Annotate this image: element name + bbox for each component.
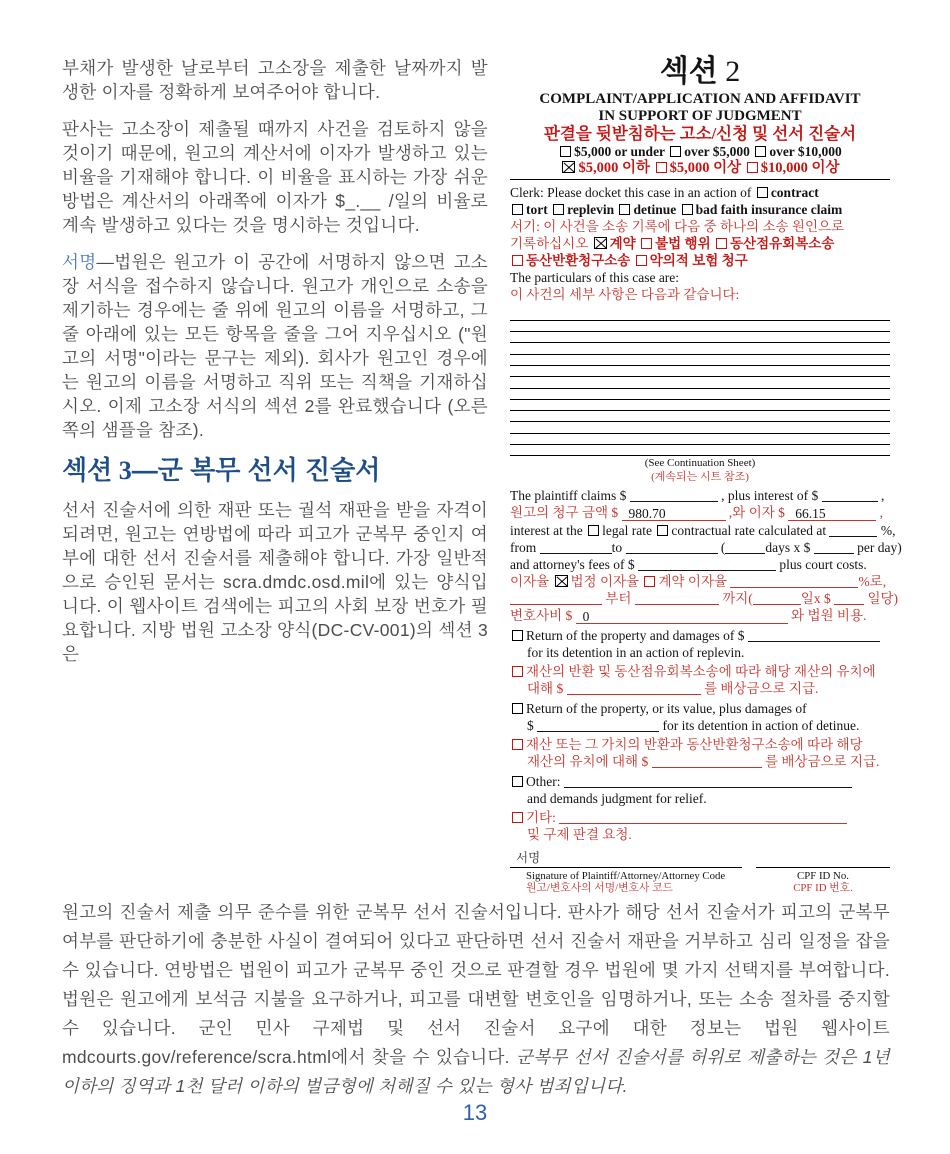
- attorney-fees-line-korean: 변호사비 $ 0 와 법원 비용.: [510, 608, 890, 624]
- paragraph-signature-body: 법원은 원고가 이 공간에 서명하지 않으면 고소장 서식을 접수하지 않습니다…: [62, 252, 488, 440]
- form-title-line2: IN SUPPORT OF JUDGMENT: [510, 108, 890, 125]
- action-option-label: tort: [526, 202, 548, 217]
- clerk-korean-line3: 동산반환청구소송 악의적 보험 청구: [510, 253, 890, 269]
- checkbox-over-5000[interactable]: [670, 146, 681, 157]
- from-date-blank-ko[interactable]: [510, 593, 602, 605]
- claim-amount-blank-ko[interactable]: 980.70: [622, 509, 726, 521]
- rate-percent-blank[interactable]: [829, 525, 877, 537]
- replevin-damages-blank[interactable]: [748, 630, 880, 642]
- signature-term: 서명: [62, 252, 96, 272]
- option-text: and demands judgment for relief.: [510, 791, 890, 807]
- section-3-heading: 섹션 3—군 복무 선서 진술서: [62, 455, 488, 486]
- checkbox-bad-faith[interactable]: [682, 204, 693, 215]
- to-label: 까지(: [722, 591, 753, 606]
- amount-options-english: $5,000 or under over $5,000 over $10,000: [510, 144, 890, 160]
- detinue-option-english: Return of the property, or its value, pl…: [510, 701, 890, 734]
- option-text: Return of the property, or its value, pl…: [526, 701, 807, 716]
- ruled-line[interactable]: [510, 343, 890, 354]
- left-text-column: 부채가 발생한 날로부터 고소장을 제출한 날짜까지 발생한 이자를 정확하게 …: [62, 56, 488, 679]
- per-day-label: per day): [857, 540, 902, 555]
- checkbox-bad-faith-ko[interactable]: [636, 255, 647, 266]
- clerk-korean-line2: 기록하십시오 계약 불법 행위 동산점유회복소송: [510, 236, 890, 252]
- checkbox-legal-rate[interactable]: [588, 525, 599, 536]
- checkbox-return-detinue[interactable]: [512, 703, 523, 714]
- ruled-line[interactable]: [510, 332, 890, 343]
- action-option-label: 계약: [610, 236, 636, 251]
- clerk-options-line: tort replevin detinue bad faith insuranc…: [510, 202, 890, 218]
- option-text: 재산 또는 그 가치의 반환과 동산반환청구소송에 따라 해당: [526, 737, 863, 752]
- cpf-label-korean: CPF ID 번호.: [756, 882, 890, 894]
- amount-options-korean: $5,000 이하 $5,000 이상 $10,000 이상: [510, 161, 890, 177]
- cpf-label-english: CPF ID No.: [756, 870, 890, 882]
- section-3-word: 섹션: [62, 455, 112, 485]
- rate-percent-blank-ko[interactable]: [730, 576, 858, 588]
- option-text: 재산의 유치에 대해 $: [527, 754, 648, 769]
- checkbox-contract-ko-checked[interactable]: [594, 237, 607, 249]
- claim-text: ,: [881, 488, 884, 503]
- amount-option-label: $5,000 이상: [670, 160, 742, 176]
- per-day-amount-blank[interactable]: [814, 542, 854, 554]
- paragraph-military-affidavit: 선서 진술서에 의한 재판 또는 궐석 재판을 받을 자격이 되려면, 원고는 …: [62, 498, 488, 666]
- ruled-line[interactable]: [510, 445, 890, 456]
- replevin-damages-blank-ko[interactable]: [567, 683, 701, 695]
- days-blank-ko[interactable]: [753, 593, 801, 605]
- interest-text: 이자율: [510, 574, 549, 589]
- ruled-line[interactable]: [510, 434, 890, 445]
- continuation-note-english: (See Continuation Sheet): [510, 457, 890, 470]
- to-date-blank-ko[interactable]: [635, 593, 719, 605]
- claim-text: ,: [880, 505, 883, 520]
- option-text: $: [527, 718, 534, 733]
- paragraph-interest-rate: 판사는 고소장이 제출될 때까지 사건을 검토하지 않을 것이기 때문에, 원고…: [62, 117, 488, 237]
- option-text: 대해 $: [527, 681, 563, 696]
- from-label: 부터: [605, 591, 631, 606]
- amount-option-label: over $5,000: [684, 144, 750, 159]
- form-section-number: 2: [718, 55, 741, 88]
- claim-line-english: The plaintiff claims $ , plus interest o…: [510, 488, 890, 504]
- amount-option-label: $10,000 이상: [761, 160, 840, 176]
- other-option-korean: 기타: 및 구제 판결 요청.: [510, 810, 890, 843]
- replevin-option-korean: 재산의 반환 및 동산점유회복소송에 따라 해당 재산의 유치에 대해 $ 를 …: [510, 664, 890, 697]
- checkbox-other-ko[interactable]: [512, 812, 523, 823]
- checkbox-detinue[interactable]: [619, 204, 630, 215]
- ruled-line[interactable]: [510, 321, 890, 332]
- checkbox-return-replevin[interactable]: [512, 630, 523, 641]
- days-label: 일x $: [801, 591, 831, 606]
- interest-text: %,: [881, 523, 896, 538]
- paragraph-military-continuation: 원고의 진술서 제출 의무 준수를 위한 군복무 선서 진술서입니다. 판사가 …: [62, 898, 890, 1101]
- interest-text: %로,: [858, 574, 886, 589]
- detinue-damages-blank-ko[interactable]: [652, 756, 762, 768]
- continuation-normal-text: 원고의 진술서 제출 의무 준수를 위한 군복무 선서 진술서입니다. 판사가 …: [62, 902, 890, 1067]
- signature-label-korean: 원고/변호사의 서명/변호사 코드: [526, 882, 742, 894]
- amount-option-label: over $10,000: [769, 144, 842, 159]
- option-text: 재산의 반환 및 동산점유회복소송에 따라 해당 재산의 유치에: [526, 664, 876, 679]
- checkbox-tort[interactable]: [512, 204, 523, 215]
- paragraph-interest-show: 부채가 발생한 날로부터 고소장을 제출한 날짜까지 발생한 이자를 정확하게 …: [62, 56, 488, 104]
- checkbox-return-detinue-ko[interactable]: [512, 739, 523, 750]
- action-option-label: 악의적 보험 청구: [650, 253, 748, 268]
- interest-text: interest at the: [510, 523, 583, 538]
- checkbox-5000-under-ko-checked[interactable]: [562, 161, 575, 173]
- checkbox-over-10000[interactable]: [755, 146, 766, 157]
- section-3-number: 3: [112, 456, 132, 485]
- ruled-line[interactable]: [510, 366, 890, 377]
- attorney-text: and attorney's fees of $: [510, 557, 635, 572]
- signature-sample-text: 서명: [510, 851, 890, 867]
- ruled-line[interactable]: [510, 400, 890, 411]
- dash: —: [96, 252, 114, 272]
- days-label: days x $: [765, 540, 810, 555]
- option-text: 기타:: [526, 810, 556, 825]
- checkbox-tort-ko[interactable]: [641, 238, 652, 249]
- attorney-text: 변호사비 $: [510, 608, 572, 623]
- claim-amount-blank[interactable]: [630, 490, 718, 502]
- paragraph-signature: 서명—법원은 원고가 이 공간에 서명하지 않으면 고소장 서식을 접수하지 않…: [62, 250, 488, 442]
- interest-rate-line: interest at the legal rate contractual r…: [510, 523, 890, 539]
- attorney-fees-blank-ko[interactable]: 0: [576, 612, 788, 624]
- amount-option-label: $5,000 or under: [574, 144, 665, 159]
- ruled-line[interactable]: [510, 377, 890, 388]
- ruled-line[interactable]: [510, 389, 890, 400]
- checkbox-over-5000-ko[interactable]: [656, 162, 667, 173]
- signature-line-column[interactable]: Signature of Plaintiff/Attorney/Attorney…: [510, 867, 742, 894]
- interest-text: 법정 이자율: [571, 574, 640, 589]
- checkbox-over-10000-ko[interactable]: [747, 162, 758, 173]
- attorney-fees-line: and attorney's fees of $ plus court cost…: [510, 557, 890, 573]
- action-option-label: 동산점유회복소송: [730, 236, 834, 251]
- from-date-blank[interactable]: [540, 542, 612, 554]
- interest-rate-line-korean: 이자율 법정 이자율 계약 이자율 %로,: [510, 574, 890, 590]
- particulars-korean: 이 사건의 세부 사항은 다음과 같습니다:: [510, 287, 890, 303]
- clerk-intro-korean: 기록하십시오: [510, 236, 588, 251]
- option-text: for its detention in an action of replev…: [510, 645, 890, 661]
- action-option-label: detinue: [633, 202, 676, 217]
- checkbox-5000-under[interactable]: [560, 146, 571, 157]
- ruled-line[interactable]: [510, 310, 890, 321]
- document-page: 부채가 발생한 날로부터 고소장을 제출한 날짜까지 발생한 이자를 정확하게 …: [0, 0, 950, 1154]
- interest-amount-value: 66.15: [788, 506, 825, 521]
- claim-line-korean: 원고의 청구 금액 $ 980.70 ,와 이자 $ 66.15 ,: [510, 505, 890, 521]
- option-text: Return of the property and damages of $: [526, 628, 745, 643]
- action-option-label: replevin: [567, 202, 614, 217]
- checkbox-other[interactable]: [512, 776, 523, 787]
- section-3-title: 군 복무 선서 진술서: [158, 455, 381, 485]
- to-label: to: [612, 540, 623, 555]
- checkbox-contract[interactable]: [757, 187, 768, 198]
- form-title-korean: 판결을 뒷받침하는 고소/신청 및 선서 진술서: [510, 124, 890, 143]
- claim-text: The plaintiff claims $: [510, 488, 626, 503]
- from-label: from: [510, 540, 536, 555]
- continuation-note-korean: (계속되는 시트 참조): [510, 471, 890, 484]
- action-option-label: 불법 행위: [655, 236, 711, 251]
- cpf-line-column[interactable]: CPF ID No. CPF ID 번호.: [756, 867, 890, 894]
- attorney-text: plus court costs.: [779, 557, 866, 572]
- option-text: 를 배상금으로 지급.: [765, 754, 879, 769]
- claim-text: , plus interest of $: [721, 488, 818, 503]
- detinue-damages-blank[interactable]: [537, 720, 659, 732]
- claim-text: ,와 이자 $: [729, 505, 785, 520]
- attorney-fees-blank[interactable]: [638, 559, 776, 571]
- particulars-english: The particulars of this case are:: [510, 270, 890, 286]
- option-text: 및 구제 판결 요청.: [510, 827, 890, 843]
- dash: —: [132, 455, 158, 485]
- days-blank[interactable]: [725, 542, 765, 554]
- other-blank[interactable]: [564, 776, 852, 788]
- checkbox-contractual-rate[interactable]: [657, 525, 668, 536]
- option-text: for its detention in action of detinue.: [663, 718, 860, 733]
- interest-text: legal rate: [602, 523, 652, 538]
- option-text: Other:: [526, 774, 561, 789]
- checkbox-replevin[interactable]: [553, 204, 564, 215]
- clerk-intro: Clerk: Please docket this case in an act…: [510, 185, 751, 200]
- per-day-label: 일당): [867, 591, 898, 606]
- checkbox-legal-rate-ko-checked[interactable]: [555, 575, 568, 587]
- claim-amount-value: 980.70: [622, 506, 666, 521]
- checkbox-replevin-ko[interactable]: [716, 238, 727, 249]
- interest-text: 계약 이자율: [658, 574, 727, 589]
- detinue-option-korean: 재산 또는 그 가치의 반환과 동산반환청구소송에 따라 해당 재산의 유치에 …: [510, 737, 890, 770]
- checkbox-contractual-rate-ko[interactable]: [644, 576, 655, 587]
- ruled-line[interactable]: [510, 355, 890, 366]
- page-number: 13: [0, 1100, 950, 1126]
- per-day-amount-blank-ko[interactable]: [834, 593, 864, 605]
- action-option-label: bad faith insurance claim: [696, 202, 843, 217]
- clerk-docket-line: Clerk: Please docket this case in an act…: [510, 185, 890, 201]
- form-section-title: 섹션 2: [510, 56, 890, 88]
- other-blank-ko[interactable]: [559, 812, 847, 824]
- checkbox-detinue-ko[interactable]: [512, 255, 523, 266]
- to-date-blank[interactable]: [626, 542, 718, 554]
- form-title-line1: COMPLAINT/APPLICATION AND AFFIDAVIT: [510, 91, 890, 108]
- interest-text: contractual rate calculated at: [671, 523, 826, 538]
- interest-amount-blank-ko[interactable]: 66.15: [788, 509, 876, 521]
- form-section-word: 섹션: [660, 55, 718, 88]
- attorney-fee-value: 0: [576, 609, 590, 624]
- particulars-write-area: [510, 310, 890, 457]
- signature-label-english: Signature of Plaintiff/Attorney/Attorney…: [526, 870, 742, 882]
- divider-line: [510, 179, 890, 180]
- signature-block: Signature of Plaintiff/Attorney/Attorney…: [510, 867, 890, 894]
- action-option-label: 동산반환청구소송: [526, 253, 630, 268]
- checkbox-return-replevin-ko[interactable]: [512, 666, 523, 677]
- other-option-english: Other: and demands judgment for relief.: [510, 774, 890, 807]
- from-to-line-korean: 부터 까지(일x $ 일당): [510, 591, 890, 607]
- action-option-label: contract: [771, 185, 819, 200]
- from-to-line: from to (days x $ per day): [510, 540, 890, 556]
- option-text: 를 배상금으로 지급.: [704, 681, 818, 696]
- replevin-option-english: Return of the property and damages of $ …: [510, 628, 890, 661]
- ruled-line[interactable]: [510, 422, 890, 433]
- claim-text: 원고의 청구 금액 $: [510, 505, 618, 520]
- sample-form: 섹션 2 COMPLAINT/APPLICATION AND AFFIDAVIT…: [510, 56, 890, 894]
- ruled-line[interactable]: [510, 411, 890, 422]
- amount-option-label: $5,000 이하: [578, 160, 650, 176]
- attorney-text: 와 법원 비용.: [791, 608, 866, 623]
- clerk-korean-line1: 서기: 이 사건을 소송 기록에 다음 중 하나의 소송 원인으로: [510, 219, 890, 235]
- interest-amount-blank[interactable]: [822, 490, 878, 502]
